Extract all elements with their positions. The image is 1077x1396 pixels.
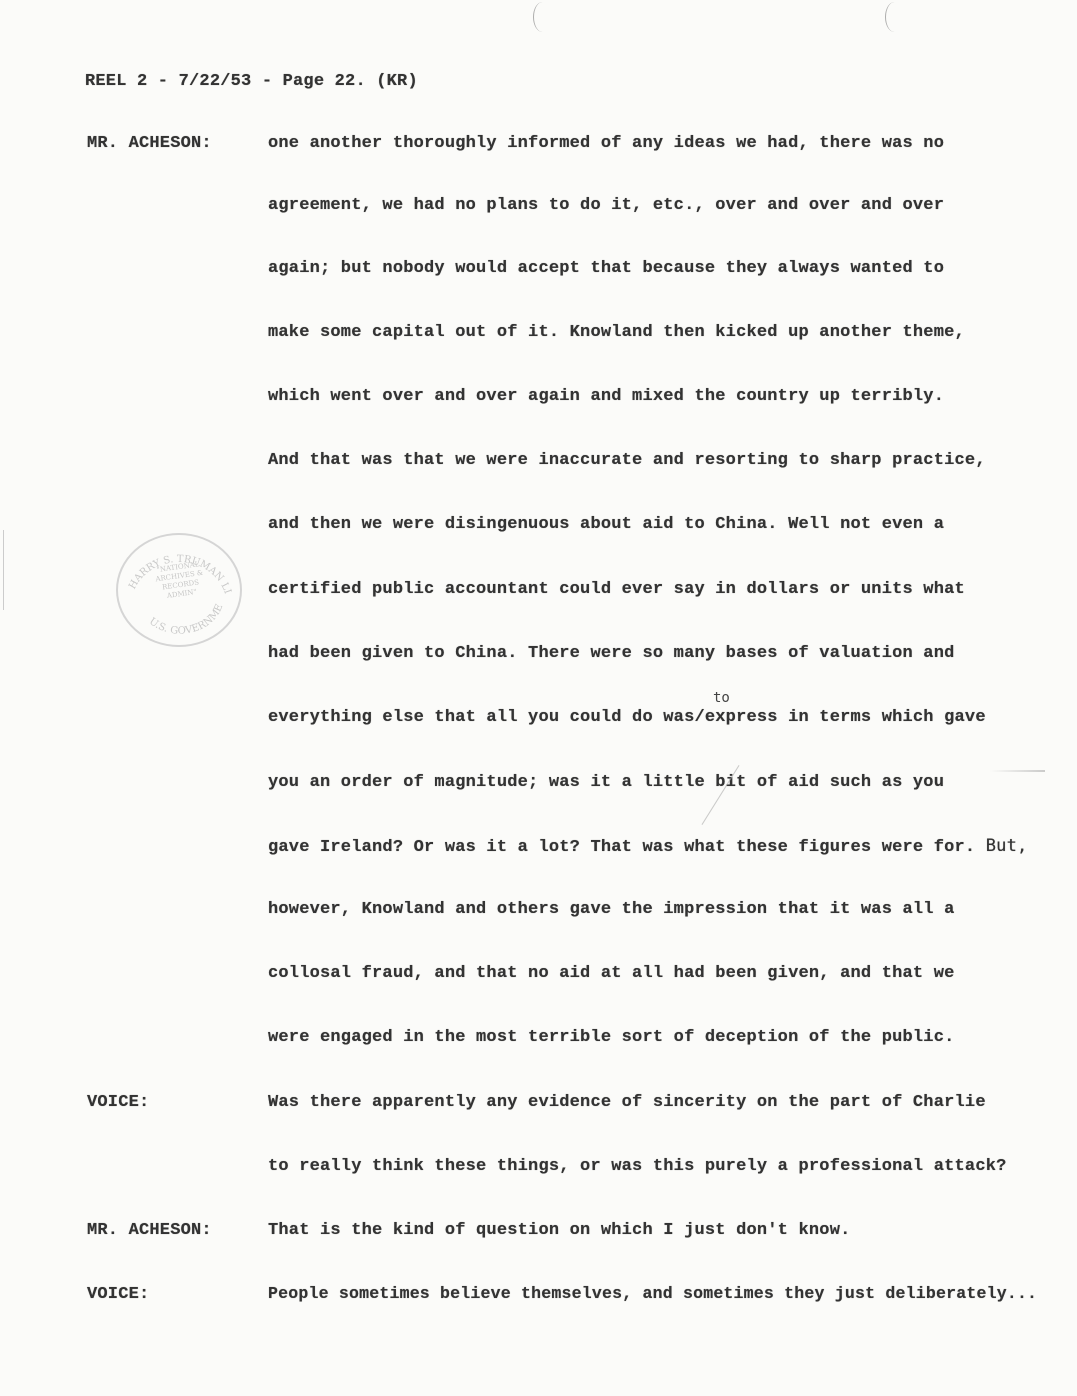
transcript-line: That is the kind of question on which I … <box>268 1221 851 1240</box>
transcript-line: and then we were disingenuous about aid … <box>268 515 944 534</box>
transcript-line: make some capital out of it. Knowland th… <box>268 323 965 342</box>
transcript-line: everything else that all you could do wa… <box>268 708 986 727</box>
punch-hole-left-icon <box>533 2 552 32</box>
transcript-line: collosal fraud, and that no aid at all h… <box>268 964 955 983</box>
page-header: REEL 2 - 7/22/53 - Page 22. (KR) <box>85 72 418 91</box>
handwritten-insert: to <box>713 690 730 706</box>
pencil-dash-icon <box>990 770 1045 772</box>
transcript-line: to really think these things, or was thi… <box>268 1157 1007 1176</box>
transcript-line: which went over and over again and mixed… <box>268 387 944 406</box>
added-text: But, <box>986 836 1028 856</box>
transcript-line: certified public accountant could ever s… <box>268 580 965 599</box>
document-page: REEL 2 - 7/22/53 - Page 22. (KR) HARRY S… <box>0 0 1077 1396</box>
speaker-label: VOICE: <box>87 1093 149 1112</box>
transcript-line: were engaged in the most terrible sort o… <box>268 1028 955 1047</box>
transcript-line: one another thoroughly informed of any i… <box>268 134 944 153</box>
transcript-line: agreement, we had no plans to do it, etc… <box>268 196 944 215</box>
speaker-label: VOICE: <box>87 1285 149 1304</box>
transcript-line: however, Knowland and others gave the im… <box>268 900 955 919</box>
punch-hole-right-icon <box>885 2 904 32</box>
transcript-line: you an order of magnitude; was it a litt… <box>268 773 944 792</box>
transcript-line: People sometimes believe themselves, and… <box>268 1285 1037 1304</box>
transcript-line: And that was that we were inaccurate and… <box>268 451 986 470</box>
transcript-line: gave Ireland? Or was it a lot? That was … <box>268 836 1027 857</box>
speaker-label: MR. ACHESON: <box>87 134 212 153</box>
paper-edge-mark-icon <box>3 530 4 610</box>
truman-library-stamp-icon: HARRY S. TRUMAN LIBRARY U.S. GOVERNMENT … <box>116 533 242 647</box>
transcript-line: Was there apparently any evidence of sin… <box>268 1093 986 1112</box>
transcript-line: had been given to China. There were so m… <box>268 644 955 663</box>
transcript-line: again; but nobody would accept that beca… <box>268 259 944 278</box>
speaker-label: MR. ACHESON: <box>87 1221 212 1240</box>
